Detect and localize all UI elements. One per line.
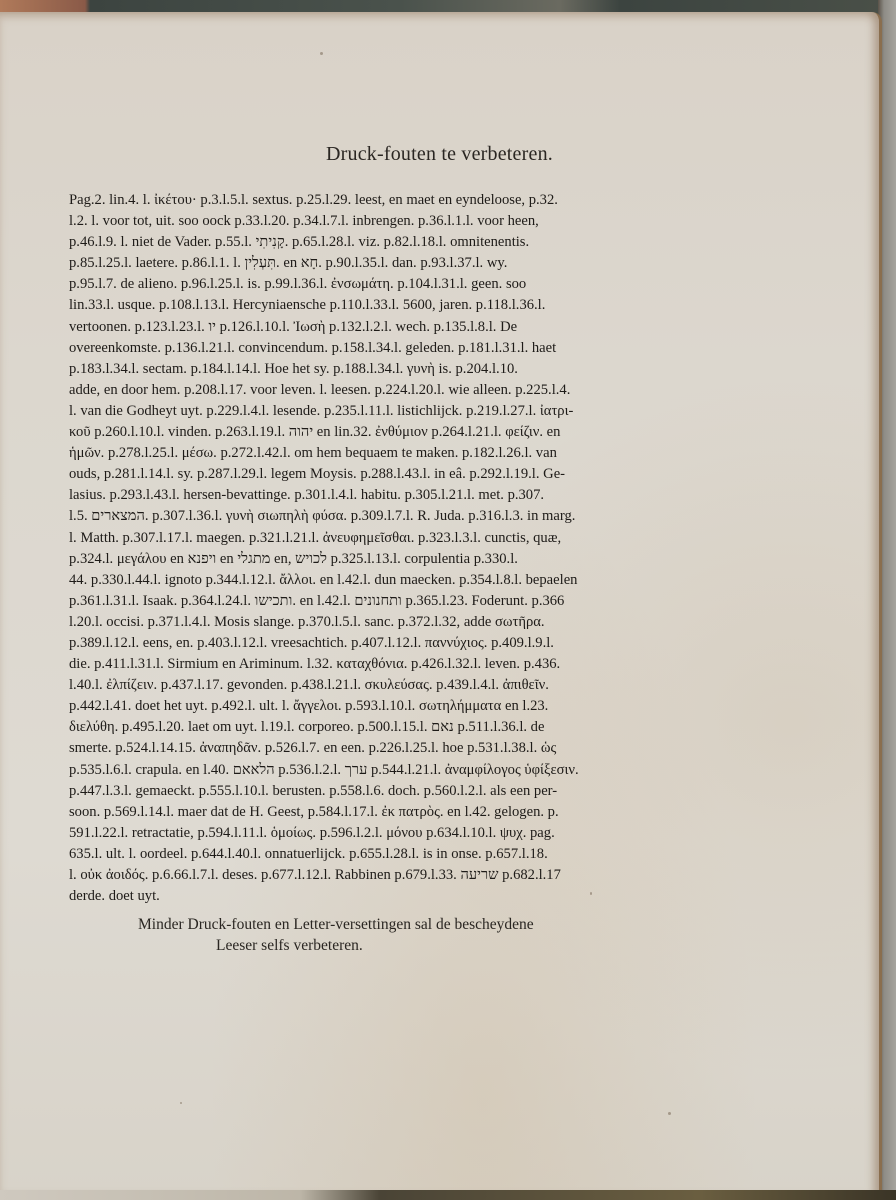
errata-line: l.5. המצארים. p.307.l.36.l. γυνὴ σιωπηλὴ… (69, 506, 759, 527)
book-cover-bottom-edge (0, 1190, 896, 1200)
errata-line: p.324.l. μεγάλου en ויפנא en מתגלי en, ל… (69, 549, 759, 570)
errata-line: 635.l. ult. l. oordeel. p.644.l.40.l. on… (69, 844, 759, 865)
errata-line: διελύθη. p.495.l.20. laet om uyt. l.19.l… (69, 717, 759, 738)
errata-line: lin.33.l. usque. p.108.l.13.l. Hercyniae… (69, 295, 759, 316)
errata-line: 44. p.330.l.44.l. ignoto p.344.l.12.l. ἄ… (69, 570, 759, 591)
errata-line: p.46.l.9. l. niet de Vader. p.55.l. קָנִ… (69, 232, 759, 253)
errata-line: derde. doet uyt. (69, 886, 759, 907)
errata-line: l. van die Godheyt uyt. p.229.l.4.l. les… (69, 401, 759, 422)
errata-line: p.447.l.3.l. gemaeckt. p.555.l.10.l. ber… (69, 781, 759, 802)
errata-line: κοῦ p.260.l.10.l. vinden. p.263.l.19.l. … (69, 422, 759, 443)
errata-line: smerte. p.524.l.14.15. ἀναπηδᾶν. p.526.l… (69, 738, 759, 759)
errata-line: ouds, p.281.l.14.l. sy. p.287.l.29.l. le… (69, 464, 759, 485)
paper-speck (320, 52, 323, 55)
errata-line: 591.l.22.l. retractatie, p.594.l.11.l. ὁ… (69, 823, 759, 844)
errata-line: adde, en door hem. p.208.l.17. voor leve… (69, 380, 759, 401)
errata-line: p.95.l.7. de alieno. p.96.l.25.l. is. p.… (69, 274, 759, 295)
errata-line: p.389.l.12.l. eens, en. p.403.l.12.l. vr… (69, 633, 759, 654)
paper-speck (180, 1102, 182, 1104)
errata-line: overeenkomste. p.136.l.21.l. convincendu… (69, 338, 759, 359)
errata-line: ἡμῶν. p.278.l.25.l. μέσω. p.272.l.42.l. … (69, 443, 759, 464)
errata-line: p.183.l.34.l. sectam. p.184.l.14.l. Hoe … (69, 359, 759, 380)
document-page: Druck-fouten te verbeteren. Pag.2. lin.4… (0, 12, 882, 1196)
page-title: Druck-fouten te verbeteren. (0, 143, 879, 166)
errata-line: l.20.l. occisi. p.371.l.4.l. Mosis slang… (69, 612, 759, 633)
errata-line: l. οὐκ ἀοιδός. p.6.66.l.7.l. deses. p.67… (69, 865, 759, 886)
closing-note: Minder Druck-fouten en Letter-versetting… (138, 914, 698, 956)
closing-note-line-2: Leeser selfs verbeteren. (138, 935, 698, 956)
errata-line: vertoonen. p.123.l.23.l. יו p.126.l.10.l… (69, 317, 759, 338)
errata-line: p.442.l.41. doet het uyt. p.492.l. ult. … (69, 696, 759, 717)
closing-note-line-1: Minder Druck-fouten en Letter-versetting… (138, 916, 534, 933)
errata-line: l.2. l. voor tot, uit. soo oock p.33.l.2… (69, 211, 759, 232)
errata-line: p.361.l.31.l. Isaak. p.364.l.24.l. ותכיש… (69, 591, 759, 612)
paper-speck (668, 1112, 671, 1115)
paper-speck (590, 892, 592, 895)
errata-line: p.85.l.25.l. laetere. p.86.l.1. l. תִּעְ… (69, 253, 759, 274)
errata-line: l. Matth. p.307.l.17.l. maegen. p.321.l.… (69, 528, 759, 549)
errata-line: soon. p.569.l.14.l. maer dat de H. Geest… (69, 802, 759, 823)
errata-list: Pag.2. lin.4. l. ἰκέτου· p.3.l.5.l. sext… (69, 190, 759, 907)
errata-line: l.40.l. ἐλπίζειν. p.437.l.17. gevonden. … (69, 675, 759, 696)
errata-line: p.535.l.6.l. crapula. en l.40. הלאאם p.5… (69, 760, 759, 781)
errata-line: die. p.411.l.31.l. Sirmium en Ariminum. … (69, 654, 759, 675)
errata-line: lasius. p.293.l.43.l. hersen-bevattinge.… (69, 485, 759, 506)
errata-line: Pag.2. lin.4. l. ἰκέτου· p.3.l.5.l. sext… (69, 190, 759, 211)
